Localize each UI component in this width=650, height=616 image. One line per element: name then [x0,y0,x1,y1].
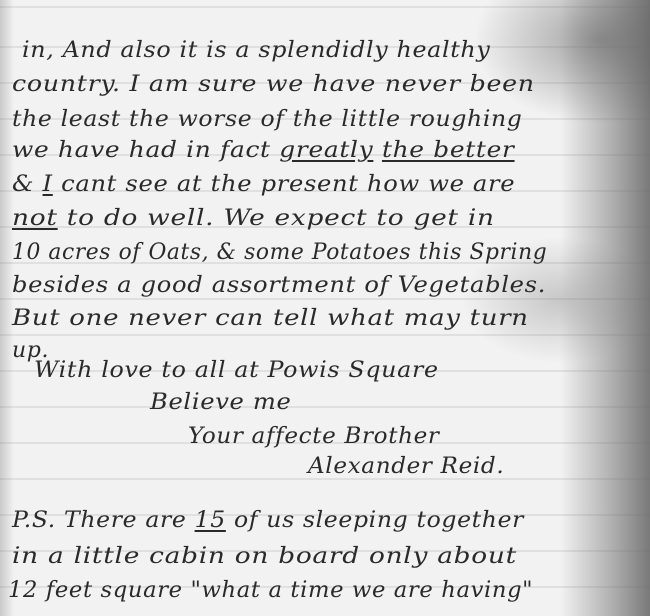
body-line-3: the least the worse of the little roughi… [12,109,523,131]
text-segment: P.S. There are [12,508,195,533]
body-line-5: & I cant see at the present how we are [12,174,515,196]
body-line-1: in, And also it is a splendidly healthy [22,40,490,62]
underlined-word: I [43,172,53,197]
letter-page: in, And also it is a splendidly healthy … [0,0,650,616]
text-segment: of us sleeping together [226,508,524,533]
postscript-line-2: in a little cabin on board only about [12,546,517,568]
text-segment: cant see at the present how we are [53,172,515,197]
body-line-8: besides a good assortment of Vegetables. [12,275,546,297]
postscript-line-3: 12 feet square "what a time we are havin… [8,580,533,602]
closing-love-line: With love to all at Powis Square [34,360,439,382]
signature: Alexander Reid. [308,456,504,478]
body-line-9: But one never can tell what may turn [12,308,529,330]
underlined-number: 15 [195,508,226,533]
underlined-word: not [12,206,58,231]
body-line-7: 10 acres of Oats, & some Potatoes this S… [12,242,547,264]
closing-believe-me: Believe me [150,392,291,414]
postscript-line-1: P.S. There are 15 of us sleeping togethe… [12,510,524,532]
text-segment: to do well. We expect to get in [58,206,495,231]
closing-brother: Your affecte Brother [188,426,440,448]
body-line-6: not to do well. We expect to get in [12,208,495,230]
body-line-4: we have had in fact greatly the better [12,140,515,162]
text-segment: we have had in fact [12,138,279,163]
underlined-phrase: the better [382,138,515,163]
underlined-word: greatly [279,138,373,163]
text-segment: & [12,172,43,197]
body-line-2: country. I am sure we have never been [12,74,535,96]
